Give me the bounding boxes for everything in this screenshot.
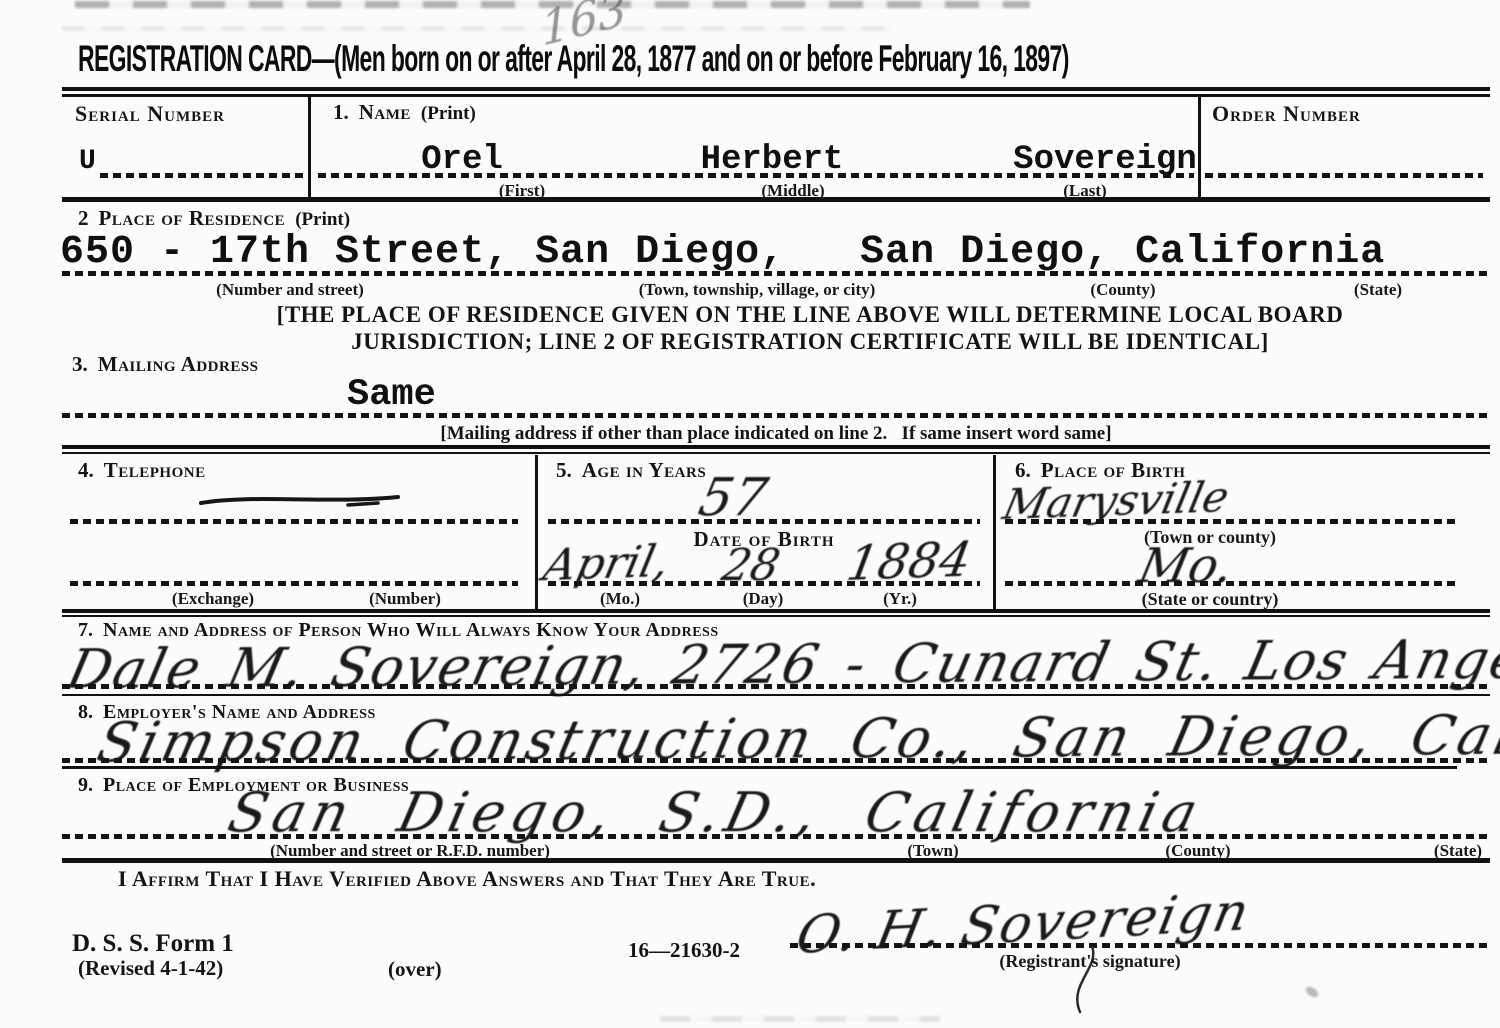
form-name: D. S. S. Form 1: [72, 930, 234, 958]
serial-number-label: Serial Number: [75, 101, 225, 127]
residence-note-line2: JURISDICTION; LINE 2 OF REGISTRATION CER…: [130, 329, 1490, 355]
employer-section-number: 8.: [78, 701, 93, 724]
scan-artifact-top-2: [62, 26, 892, 31]
over-note: (over): [388, 957, 442, 982]
dotted-line: [548, 519, 980, 524]
form-revision: (Revised 4-1-42): [78, 956, 223, 981]
residence-section-label: 2 Place of Residence (Print): [78, 206, 350, 231]
serial-number-value: U: [79, 146, 96, 177]
scan-artifact-bottom-right: [1304, 985, 1320, 1000]
horizontal-rule: [62, 452, 1490, 454]
mailing-section-title: Mailing Address: [98, 352, 259, 377]
name-print-hint: (Print): [421, 103, 476, 125]
dob-day-sublabel: (Day): [713, 589, 813, 609]
registrant-signature-sublabel: (Registrant's signature): [980, 951, 1200, 972]
dotted-line: [62, 758, 1490, 763]
employer-value: Simpson Construction Co., San Diego, Cal…: [92, 702, 1500, 774]
residence-value: 650 - 17th Street, San Diego, San Diego,…: [60, 230, 1385, 275]
residence-section-title: Place of Residence: [99, 206, 286, 231]
dotted-line: [1005, 581, 1455, 586]
telephone-blank-mark: [198, 490, 403, 510]
dotted-line: [70, 581, 518, 586]
scan-artifact-bottom: [660, 1016, 940, 1022]
horizontal-rule: [62, 94, 1490, 97]
horizontal-rule: [62, 694, 1490, 696]
mailing-value: Same: [347, 374, 436, 416]
telephone-section-label: 4. Telephone: [78, 458, 206, 483]
column-divider: [993, 455, 996, 609]
telephone-section-number: 4.: [78, 458, 94, 483]
residence-state-sublabel: (State): [1318, 280, 1438, 300]
dotted-line: [70, 519, 518, 524]
column-divider: [535, 455, 538, 609]
dotted-line: [62, 684, 1490, 689]
dotted-line: [1205, 173, 1483, 178]
residence-town-sublabel: (Town, township, village, or city): [587, 280, 927, 300]
telephone-exchange-sublabel: (Exchange): [153, 589, 273, 609]
telephone-number-sublabel: (Number): [345, 589, 465, 609]
dotted-line: [1005, 519, 1455, 524]
residence-note-line1: [THE PLACE OF RESIDENCE GIVEN ON THE LIN…: [130, 302, 1490, 328]
dotted-line: [100, 173, 305, 178]
column-divider: [308, 97, 311, 199]
residence-county-sublabel: (County): [1061, 280, 1185, 300]
birthplace-state-sublabel: (State or country): [1005, 589, 1415, 610]
order-number-label: Order Number: [1212, 101, 1361, 127]
age-section-title: Age in Years: [582, 458, 706, 483]
dotted-line: [318, 173, 1194, 178]
name-section-title: Name: [359, 100, 411, 125]
residence-number-street-sublabel: (Number and street): [170, 280, 410, 300]
name-section-number: 1.: [333, 100, 349, 125]
mailing-section-number: 3.: [72, 352, 88, 377]
horizontal-rule: [62, 609, 1490, 613]
mailing-note: [Mailing address if other than place ind…: [62, 423, 1490, 445]
horizontal-rule: [62, 87, 1490, 91]
horizontal-rule: [62, 615, 1490, 617]
horizontal-rule: [62, 197, 1490, 202]
horizontal-rule: [62, 766, 1457, 769]
card-title: REGISTRATION CARD—(Men born on or after …: [78, 38, 1069, 80]
employment-section-number: 9.: [78, 774, 93, 797]
registration-card-scan: 163 REGISTRATION CARD—(Men born on or af…: [0, 0, 1500, 1028]
dotted-line: [62, 834, 1490, 839]
dotted-line: [790, 943, 1490, 948]
dotted-line: [62, 271, 1490, 276]
contact-value: Dale M. Sovereign, 2726 - Cunard St. Los…: [62, 626, 1500, 701]
telephone-section-title: Telephone: [104, 458, 206, 483]
residence-print-hint: (Print): [295, 209, 350, 231]
print-code: 16—21630-2: [628, 938, 740, 963]
dotted-line: [62, 413, 1490, 418]
age-section-label: 5. Age in Years: [556, 458, 706, 483]
dob-year-sublabel: (Yr.): [855, 589, 945, 609]
mailing-section-label: 3. Mailing Address: [72, 352, 259, 377]
affirmation-statement: I Affirm That I Have Verified Above Answ…: [118, 866, 816, 892]
age-section-number: 5.: [556, 458, 572, 483]
name-section-label: 1. Name (Print): [333, 100, 476, 125]
horizontal-rule: [62, 858, 1490, 863]
dob-month-sublabel: (Mo.): [580, 589, 660, 609]
residence-section-number: 2: [78, 206, 89, 231]
dotted-line: [548, 581, 980, 586]
horizontal-rule: [62, 445, 1490, 449]
